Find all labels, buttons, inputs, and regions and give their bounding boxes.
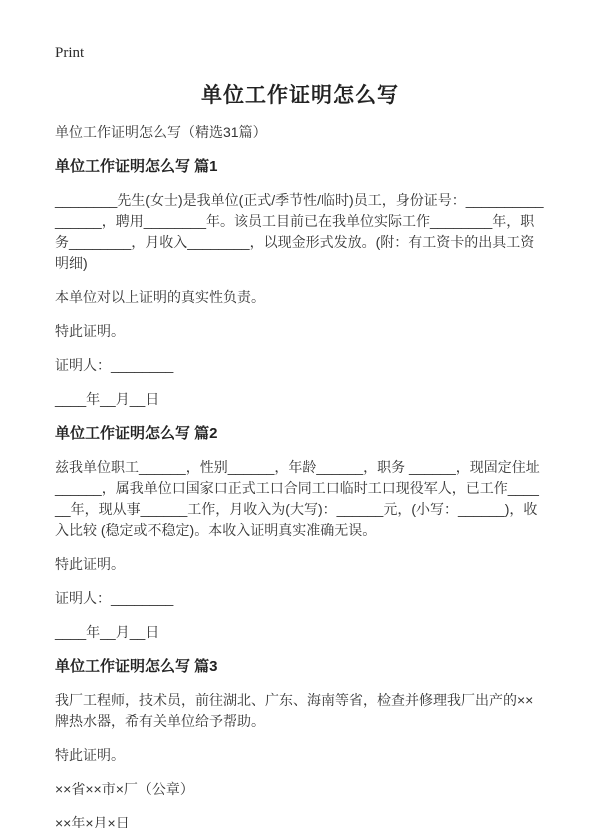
seal-line: ××省××市×厂（公章） (55, 779, 545, 800)
paragraph: 我厂工程师，技术员，前往湖北、广东、海南等省，检查并修理我厂出产的××牌热水器，… (55, 690, 545, 732)
paragraph: 本单位对以上证明的真实性负责。 (55, 287, 545, 308)
date-line: ××年×月×日 (55, 813, 545, 828)
print-button[interactable]: Print (55, 44, 84, 62)
section-heading-2: 单位工作证明怎么写 篇2 (55, 423, 545, 444)
paragraph: ________先生(女士)是我单位(正式/季节性/临时)员工，身份证号：___… (55, 190, 545, 274)
date-line: ____年__月__日 (55, 389, 545, 410)
certifier-line: 证明人：________ (55, 588, 545, 609)
doc-subtitle: 单位工作证明怎么写（精选31篇） (55, 122, 545, 143)
paragraph: 特此证明。 (55, 745, 545, 766)
paragraph: 特此证明。 (55, 321, 545, 342)
certifier-line: 证明人：________ (55, 355, 545, 376)
section-heading-1: 单位工作证明怎么写 篇1 (55, 156, 545, 177)
paragraph: 兹我单位职工______，性别______，年龄______，职务 ______… (55, 457, 545, 541)
section-heading-3: 单位工作证明怎么写 篇3 (55, 656, 545, 677)
date-line: ____年__月__日 (55, 622, 545, 643)
page-title: 单位工作证明怎么写 (55, 82, 545, 110)
document-page: Print 单位工作证明怎么写 单位工作证明怎么写（精选31篇） 单位工作证明怎… (0, 0, 600, 828)
paragraph: 特此证明。 (55, 554, 545, 575)
